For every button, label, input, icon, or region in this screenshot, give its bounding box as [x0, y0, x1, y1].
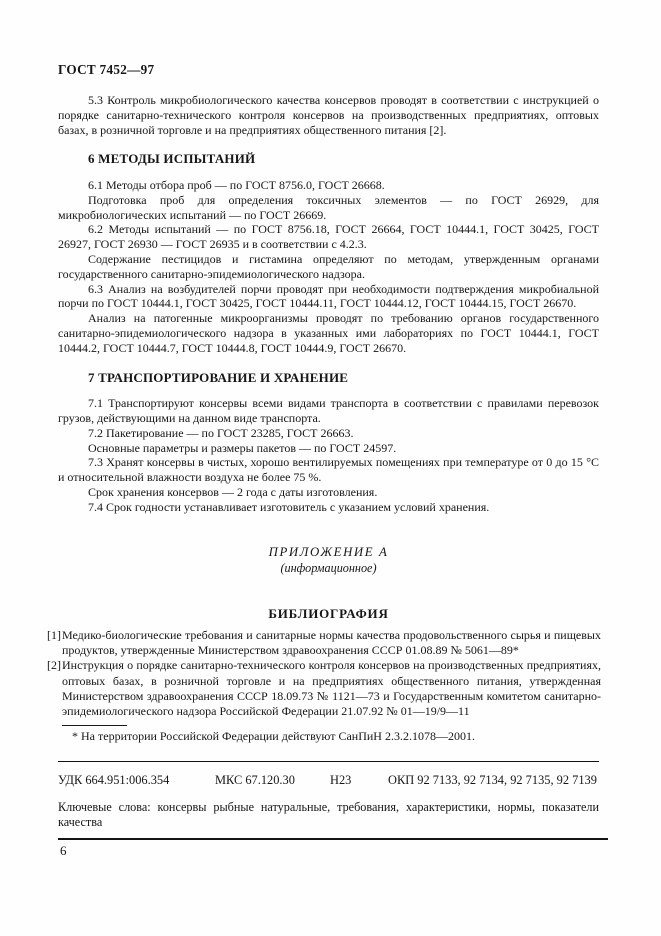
section-7-heading: 7 ТРАНСПОРТИРОВАНИЕ И ХРАНЕНИЕ [88, 370, 599, 386]
paragraph-7-2-note: Основные параметры и размеры пакетов — п… [58, 441, 599, 456]
bibliography-entry-text: Инструкция о порядке санитарно-техническ… [62, 658, 601, 718]
appendix-subtitle: (информационное) [58, 561, 599, 576]
footer-rule [58, 838, 608, 840]
keywords-line: Ключевые слова: консервы рыбные натураль… [58, 800, 599, 830]
bibliography-list: [1] Медико-биологические требования и са… [47, 628, 601, 719]
bibliography-entry: [1] Медико-биологические требования и са… [47, 628, 601, 658]
paragraph-6-1: 6.1 Методы отбора проб — по ГОСТ 8756.0,… [58, 178, 599, 193]
paragraph-5-3: 5.3 Контроль микробиологического качеств… [58, 93, 599, 137]
paragraph-7-1: 7.1 Транспортируют консервы всеми видами… [58, 396, 599, 426]
paragraph-7-3-note: Срок хранения консервов — 2 года с даты … [58, 485, 599, 500]
paragraph-7-3: 7.3 Хранят консервы в чистых, хорошо вен… [58, 455, 599, 485]
section-6-heading: 6 МЕТОДЫ ИСПЫТАНИЙ [88, 151, 599, 167]
paragraph-6-3: 6.3 Анализ на возбудителей порчи проводя… [58, 282, 599, 312]
paragraph-6-1-note: Подготовка проб для определения токсичны… [58, 193, 599, 223]
okp-codes: ОКП 92 7133, 92 7134, 92 7135, 92 7139 [388, 773, 599, 788]
mks-code: МКС 67.120.30 [215, 773, 330, 788]
colophon-block: * На территории Российской Федерации дей… [58, 718, 599, 830]
main-text-column: ГОСТ 7452—97 5.3 Контроль микробиологиче… [58, 62, 599, 515]
horizontal-divider-rule [58, 761, 599, 762]
appendix-title: ПРИЛОЖЕНИЕ А [58, 545, 599, 560]
appendix-header: ПРИЛОЖЕНИЕ А (информационное) [58, 545, 599, 576]
page-number: 6 [60, 843, 67, 859]
paragraph-6-2-note: Содержание пестицидов и гистамина опреде… [58, 252, 599, 282]
footnote-text: * На территории Российской Федерации дей… [58, 729, 599, 744]
document-page: ГОСТ 7452—97 5.3 Контроль микробиологиче… [0, 0, 661, 936]
paragraph-6-2: 6.2 Методы испытаний — по ГОСТ 8756.18, … [58, 222, 599, 252]
bibliography-entry-text: Медико-биологические требования и санита… [62, 628, 601, 657]
n-index-code: Н23 [330, 773, 388, 788]
paragraph-7-4: 7.4 Срок годности устанавливает изготови… [58, 500, 599, 515]
paragraph-7-2: 7.2 Пакетирование — по ГОСТ 23285, ГОСТ … [58, 426, 599, 441]
classification-codes-row: УДК 664.951:006.354 МКС 67.120.30 Н23 ОК… [58, 773, 599, 788]
bibliography-heading: БИБЛИОГРАФИЯ [58, 606, 599, 622]
footnote-separator-rule [62, 725, 127, 726]
udk-code: УДК 664.951:006.354 [58, 773, 215, 788]
paragraph-6-3-note: Анализ на патогенные микроорганизмы пров… [58, 311, 599, 355]
document-header: ГОСТ 7452—97 [58, 62, 599, 77]
bibliography-entry: [2] Инструкция о порядке санитарно-техни… [47, 658, 601, 719]
bibliography-ref-number: [1] [47, 628, 61, 643]
bibliography-ref-number: [2] [47, 658, 61, 673]
